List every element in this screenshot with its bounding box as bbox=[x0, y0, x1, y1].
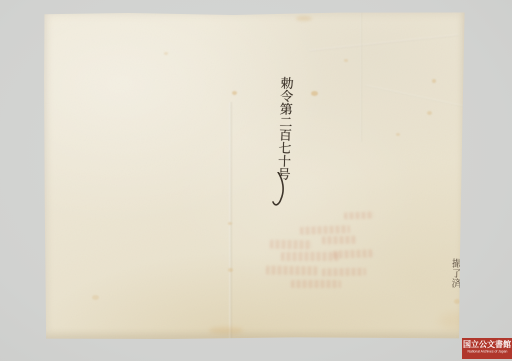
photo-background: 勅令第二百七十号 撮了済 国立公文書館 National Archives of… bbox=[0, 0, 512, 361]
archives-watermark: 国立公文書館 National Archives of Japan bbox=[462, 338, 512, 359]
stain bbox=[209, 327, 243, 334]
bleedthrough-smudge bbox=[270, 240, 312, 250]
paper-edge-shading bbox=[44, 12, 465, 339]
bleedthrough-smudge bbox=[300, 225, 350, 235]
stain bbox=[344, 59, 348, 62]
stain bbox=[232, 91, 237, 95]
bleedthrough-smudge bbox=[322, 268, 366, 277]
bleedthrough-smudge bbox=[266, 266, 318, 276]
paper-texture bbox=[44, 12, 465, 339]
fold-crease-vertical bbox=[229, 102, 232, 339]
edge-annotation: 撮了済 bbox=[443, 258, 460, 318]
stain bbox=[92, 295, 99, 300]
stain bbox=[311, 91, 318, 96]
stain bbox=[396, 133, 400, 136]
crinkle-line bbox=[365, 85, 483, 112]
calligraphy-text: 勅令第二百七十号 bbox=[260, 76, 292, 189]
stain bbox=[427, 111, 432, 115]
bleedthrough-smudge bbox=[281, 252, 339, 261]
fold-crease-faint bbox=[360, 12, 362, 142]
bleedthrough-smudge bbox=[291, 280, 341, 288]
document-sheet: 勅令第二百七十号 撮了済 bbox=[44, 12, 465, 339]
stain bbox=[164, 52, 168, 55]
watermark-japanese-label: 国立公文書館 bbox=[463, 340, 511, 350]
stain bbox=[228, 268, 233, 272]
bleedthrough-smudge bbox=[333, 249, 373, 258]
stain bbox=[228, 222, 232, 225]
bleedthrough-smudge bbox=[322, 236, 356, 245]
stain bbox=[296, 16, 312, 21]
crinkle-line bbox=[309, 34, 458, 52]
watermark-english-label: National Archives of Japan bbox=[467, 350, 507, 353]
bleedthrough-smudge bbox=[344, 211, 374, 219]
stain bbox=[432, 79, 436, 83]
